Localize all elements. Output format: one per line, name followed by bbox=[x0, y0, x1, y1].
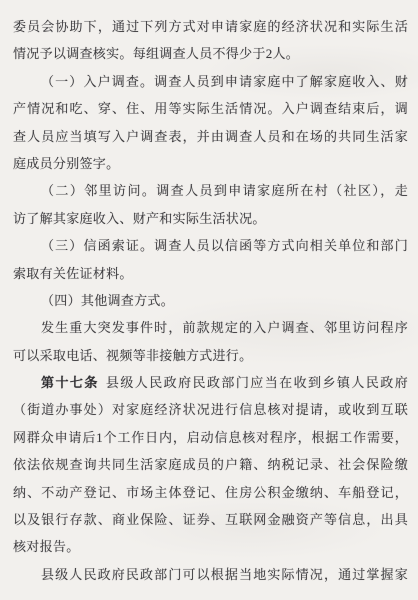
text-line: （四）其他调查方式。 bbox=[13, 287, 408, 314]
text-line: （二）邻里访问。调查人员到申请家庭所在村（社区），走 bbox=[13, 177, 408, 204]
text-line: 发生重大突发事件时，前款规定的入户调查、邻里访问程序 bbox=[13, 314, 408, 341]
text-line: 纳、不动产登记、市场主体登记、住房公积金缴纳、车船登记， bbox=[13, 479, 408, 506]
text-line: 委员会协助下，通过下列方式对申请家庭的经济状况和实际生活 bbox=[13, 13, 408, 40]
text-line: 查人员应当填写入户调查表，并由调查人员和在场的共同生活家 bbox=[13, 123, 408, 150]
text-line: 庭成员分别签字。 bbox=[13, 150, 408, 177]
text-line: 网群众申请后1个工作日内，启动信息核对程序，根据工作需要， bbox=[13, 424, 408, 451]
article-text: 县级人民政府民政部门应当在收到乡镇人民政府 bbox=[106, 375, 408, 390]
text-line: （一）入户调查。调查人员到申请家庭中了解家庭收入、财 bbox=[13, 68, 408, 95]
text-line: 核对报告。 bbox=[13, 533, 408, 560]
document-page: 委员会协助下，通过下列方式对申请家庭的经济状况和实际生活 情况予以调查核实。每组… bbox=[0, 0, 418, 600]
article-number: 第十七条 bbox=[41, 375, 99, 390]
text-line: 产情况和吃、穿、住、用等实际生活情况。入户调查结束后，调 bbox=[13, 95, 408, 122]
text-line: 依法依规查询共同生活家庭成员的户籍、纳税记录、社会保险缴 bbox=[13, 451, 408, 478]
text-line: （街道办事处）对家庭经济状况进行信息核对提请，或收到互联 bbox=[13, 396, 408, 423]
text-line: 可以采取电话、视频等非接触方式进行。 bbox=[13, 342, 408, 369]
text-line: 情况予以调查核实。每组调查人员不得少于2人。 bbox=[13, 40, 408, 67]
text-line: 索取有关佐证材料。 bbox=[13, 260, 408, 287]
text-line-article-17: 第十七条县级人民政府民政部门应当在收到乡镇人民政府 bbox=[13, 369, 408, 396]
text-line: （三）信函索证。调查人员以信函等方式向相关单位和部门 bbox=[13, 232, 408, 259]
text-line: 访了解其家庭收入、财产和实际生活状况。 bbox=[13, 205, 408, 232]
text-line: 以及银行存款、商业保险、证券、互联网金融资产等信息，出具 bbox=[13, 506, 408, 533]
text-line: 县级人民政府民政部门可以根据当地实际情况，通过掌握家 bbox=[13, 561, 408, 588]
